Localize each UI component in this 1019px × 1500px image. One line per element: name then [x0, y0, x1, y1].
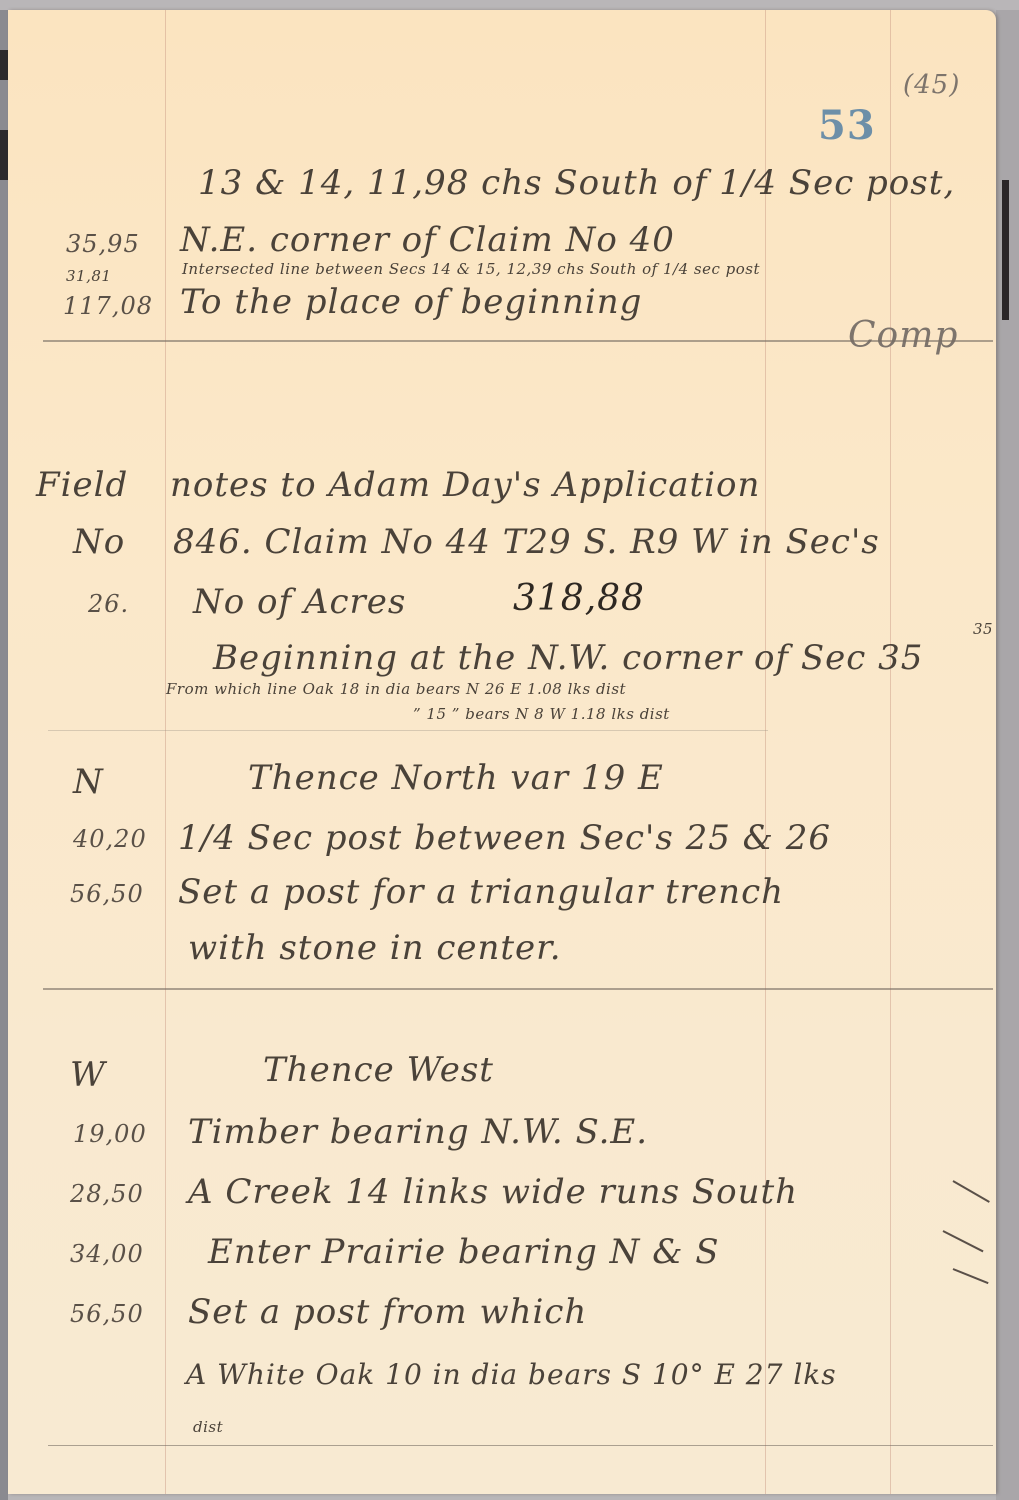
entry-heading: Thence North var 19 E — [248, 758, 664, 798]
margin-direction: N — [73, 762, 104, 802]
entry-text: 13 & 14, 11,98 chs South of 1/4 Sec post… — [198, 163, 955, 203]
binding-mark — [0, 50, 8, 80]
entry-text: Set a post for a triangular trench — [178, 872, 784, 912]
entry-text: Set a post from which — [188, 1292, 587, 1332]
margin-distance: 56,50 — [70, 880, 144, 908]
entry-text: Beginning at the N.W. corner of Sec 35 — [213, 638, 923, 678]
margin-distance: 56,50 — [70, 1300, 144, 1328]
entry-text: Timber bearing N.W. S.E. — [188, 1112, 648, 1152]
entry-text: To the place of beginning — [180, 282, 642, 322]
acres-value: 318,88 — [513, 578, 645, 619]
margin-distance: 35,95 — [66, 230, 140, 258]
pencil-tick-mark — [953, 1180, 990, 1203]
margin-label: Field — [36, 465, 128, 505]
ledger-page: (45) 53 13 & 14, 11,98 chs South of 1/4 … — [8, 10, 996, 1494]
entry-heading: Thence West — [263, 1050, 494, 1090]
margin-distance: 28,50 — [70, 1180, 144, 1208]
margin-distance: 19,00 — [73, 1120, 147, 1148]
section-divider — [43, 988, 993, 990]
pencil-comp-note: Comp — [848, 315, 958, 356]
pencil-tick-mark — [943, 1230, 984, 1252]
bearing-tree-note: ” 15 ” bears N 8 W 1.18 lks dist — [413, 705, 670, 723]
margin-distance: 31,81 — [66, 267, 111, 285]
pencil-page-ref: (45) — [903, 70, 960, 100]
left-binding-edge — [0, 10, 8, 1500]
column-rule — [765, 10, 766, 1494]
margin-section-number: 26. — [88, 590, 129, 618]
entry-text: Enter Prairie bearing N & S — [208, 1232, 720, 1272]
margin-label: No — [73, 522, 125, 562]
binding-mark — [0, 130, 8, 180]
margin-distance: 40,20 — [73, 825, 147, 853]
margin-distance: 34,00 — [70, 1240, 144, 1268]
section-divider — [43, 340, 993, 342]
column-rule — [890, 10, 891, 1494]
bottom-rule — [48, 1445, 993, 1446]
bearing-tree-note: From which line Oak 18 in dia bears N 26… — [166, 680, 626, 698]
entry-text: dist — [193, 1418, 223, 1436]
entry-heading: notes to Adam Day's Application — [170, 465, 760, 505]
entry-text: No of Acres — [193, 582, 406, 622]
entry-text: A Creek 14 links wide runs South — [188, 1172, 798, 1212]
margin-rule — [165, 10, 166, 1494]
page-number-stamp: 53 — [818, 102, 876, 149]
entry-note: Intersected line between Secs 14 & 15, 1… — [182, 260, 760, 278]
entry-text: N.E. corner of Claim No 40 — [180, 220, 675, 260]
margin-distance: 117,08 — [63, 292, 153, 320]
right-page-edge — [996, 10, 1019, 1500]
entry-text: 846. Claim No 44 T29 S. R9 W in Sec's — [173, 522, 880, 562]
margin-direction: W — [70, 1055, 106, 1095]
entry-text: with stone in center. — [188, 928, 562, 968]
entry-text: 1/4 Sec post between Sec's 25 & 26 — [178, 818, 831, 858]
pencil-tick-mark — [953, 1268, 989, 1284]
section-superscript: 35 — [973, 620, 993, 638]
bearing-tree-note: A White Oak 10 in dia bears S 10° E 27 l… — [186, 1358, 837, 1391]
faint-divider — [48, 730, 768, 731]
binding-tab — [1002, 180, 1009, 320]
